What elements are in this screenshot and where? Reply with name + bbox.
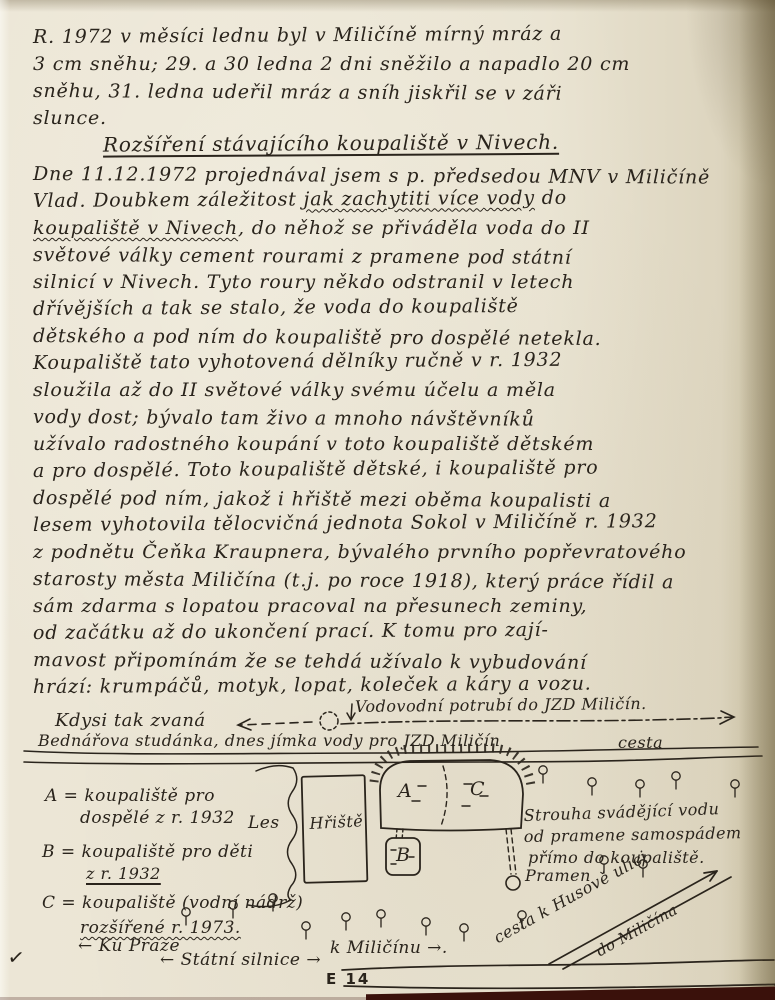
map-label-k-milicinu: k Miličínu →.	[330, 938, 448, 959]
manuscript-line: R. 1972 v měsíci lednu byl v Miličíně mí…	[33, 20, 753, 51]
manuscript-line: vody dost; bývalo tam živo a mnoho návšt…	[33, 404, 753, 435]
legend-b-line1: B = koupaliště pro děti	[42, 842, 253, 863]
tree-icon	[672, 772, 680, 789]
page-shadow-corner	[685, 0, 775, 190]
legend-c-line1: C = koupaliště (vodní nádrž)	[42, 893, 303, 914]
line-segment: do	[535, 187, 567, 209]
map-label-pipe: Vodovodní potrubí do JZD Miličín.	[355, 694, 647, 717]
map-label-bednarova: Bednářova studánka, dnes jímka vody pro …	[38, 731, 500, 751]
manuscript-line: z podnětu Čeňka Kraupnera, bývalého prvn…	[33, 539, 753, 566]
book-cover-edge	[366, 985, 775, 1000]
manuscript-page: R. 1972 v měsíci lednu byl v Miličíně mí…	[0, 0, 775, 1000]
legend-b-line2: z r. 1932	[86, 864, 161, 884]
tree-icon	[342, 913, 350, 930]
tree-icon	[377, 910, 385, 927]
underlined-phrase: koupaliště v Nivech	[33, 217, 238, 239]
pool-b-label: B	[396, 844, 410, 868]
ditch-line	[506, 829, 516, 874]
manuscript-line: starosty města Miličína (t.j. po roce 19…	[33, 566, 753, 597]
strouha-note-line2: od pramene samospádem	[524, 823, 742, 847]
manuscript-line: 3 cm sněhu; 29. a 30 ledna 2 dni sněžilo…	[33, 51, 753, 78]
map-label-do-milicina: do Miličína	[593, 900, 681, 960]
tree-icon	[422, 918, 430, 935]
page-shadow-top	[0, 0, 775, 12]
map-label-e14: E 14	[326, 972, 370, 987]
spring-circle-icon	[320, 712, 338, 730]
map-label-les: Les	[248, 813, 280, 834]
forest-boundary	[248, 766, 297, 907]
manuscript-line: sněhu, 31. ledna udeřil mráz a sníh jisk…	[33, 78, 753, 109]
pool-c-label: C	[470, 778, 485, 802]
manuscript-line: Koupaliště tato vyhotovená dělníky ručně…	[33, 346, 753, 377]
tree-icon	[460, 924, 468, 941]
manuscript-line: a pro dospělé. Toto koupaliště dětské, i…	[33, 454, 753, 485]
pramen-circle-icon	[506, 876, 520, 890]
manuscript-line: lesem vyhotovila tělocvičná jednota Soko…	[33, 508, 753, 539]
tree-icon	[636, 780, 644, 797]
pool-a-label: A	[398, 780, 412, 804]
manuscript-line: Vlad. Doubkem záležitost jak zachytiti v…	[33, 184, 753, 215]
legend-a-line2: dospělé z r. 1932	[80, 808, 235, 829]
legend-a-line1: A = koupaliště pro	[45, 786, 215, 807]
tree-icon	[588, 778, 596, 795]
down-arrow-icon	[347, 704, 355, 720]
map-label-hriste: Hřiště	[309, 811, 364, 834]
section-heading-text: Rozšíření stávajícího koupaliště v Nivec…	[103, 130, 559, 157]
manuscript-line: dřívějších a tak se stalo, že voda do ko…	[33, 292, 753, 323]
map-label-cesta-top: cesta	[618, 733, 663, 753]
map-label-kdysi: Kdysi tak zvaná	[55, 710, 206, 733]
manuscript-line: sloužila až do II světové války svému úč…	[33, 377, 753, 404]
strouha-note-line1: Strouha svádějící vodu	[523, 799, 719, 826]
section-heading: Rozšíření stávajícího koupaliště v Nivec…	[33, 128, 753, 161]
page-edge-left	[0, 0, 10, 1000]
manuscript-line: od začátku až do ukončení prací. K tomu …	[33, 616, 753, 647]
manuscript-text: R. 1972 v měsíci lednu byl v Miličíně mí…	[33, 24, 753, 701]
tree-icon	[302, 922, 310, 939]
tree-icon	[731, 780, 739, 797]
arrow-icon	[238, 719, 312, 730]
state-road	[342, 960, 775, 988]
underlined-phrase: jak zachytiti více vody	[303, 187, 535, 210]
map-label-statni-silnice: ← Státní silnice →	[160, 950, 321, 971]
manuscript-line: světové války cement rourami z pramene p…	[33, 242, 753, 273]
line-segment: , do něhož se přiváděla voda do II	[238, 217, 590, 239]
line-segment: Vlad. Doubkem záležitost	[33, 188, 304, 212]
pool-b-connector	[396, 829, 403, 840]
tree-icon	[539, 766, 547, 783]
manuscript-line: koupaliště v Nivech, do něhož se přivádě…	[33, 215, 753, 242]
